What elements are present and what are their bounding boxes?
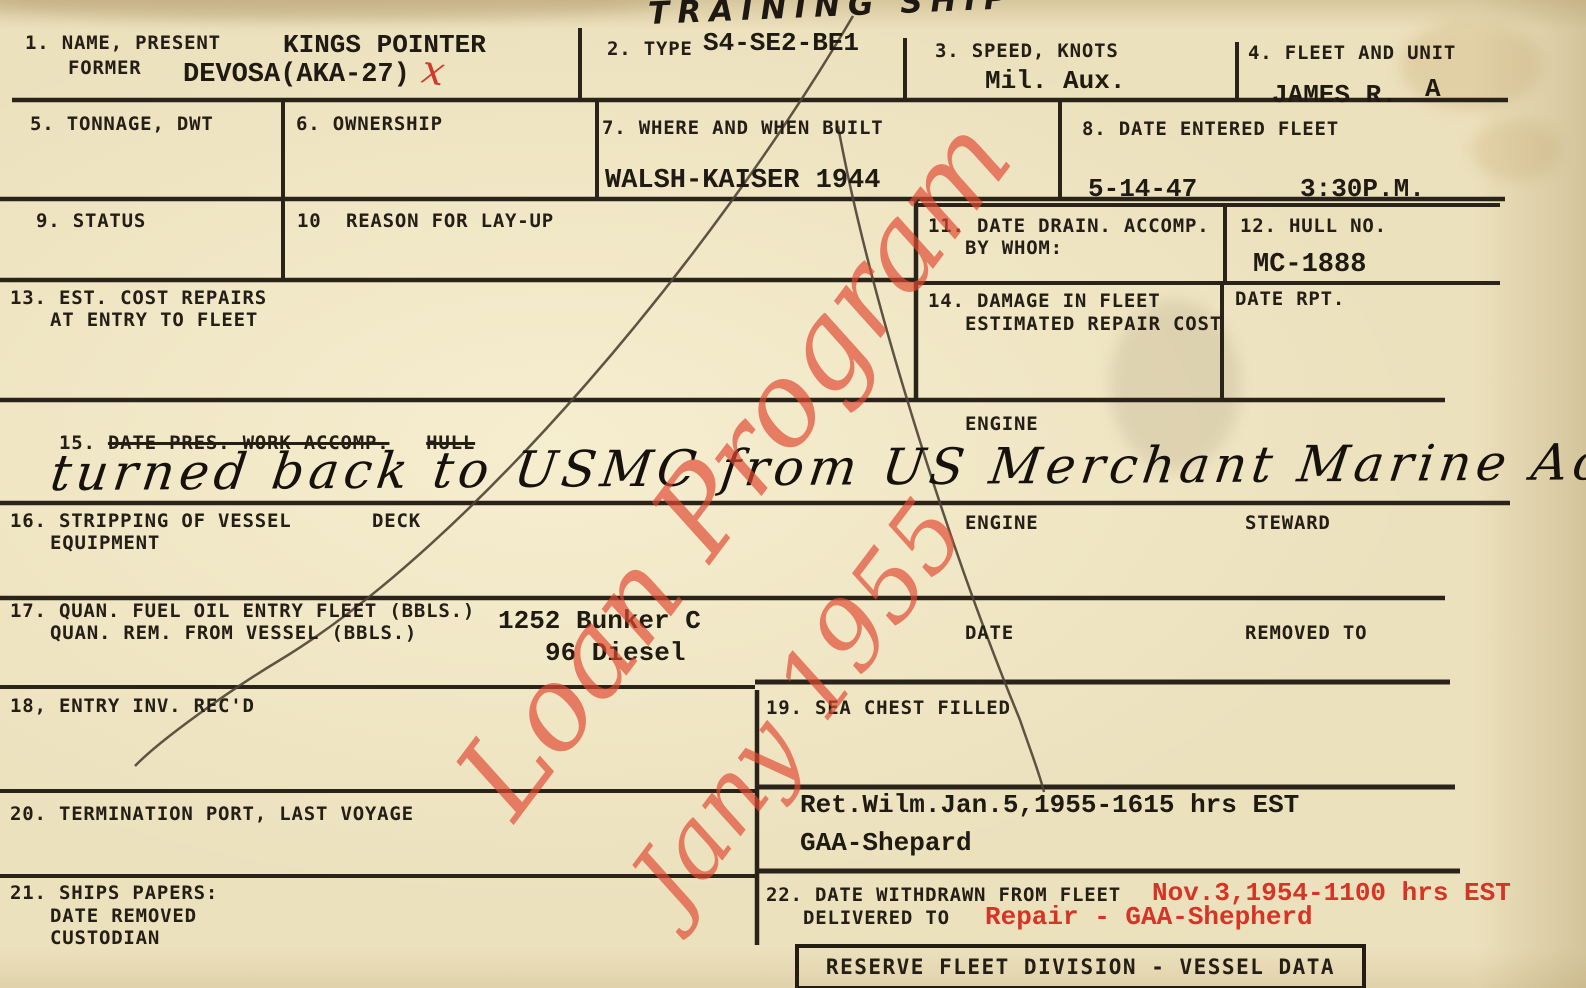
field-2-label: 2. TYPE <box>607 38 693 60</box>
field-21-label: 21. SHIPS PAPERS: <box>10 882 218 904</box>
field-4-value-2: A <box>1425 74 1441 104</box>
field-1-label-former: FORMER <box>68 57 141 79</box>
paper-stain <box>0 0 670 20</box>
field-14-date-rpt-label: DATE RPT. <box>1235 288 1345 310</box>
paper-stain <box>1400 20 1540 110</box>
field-5-label: 5. TONNAGE, DWT <box>30 113 214 135</box>
stamp-text: RESERVE FLEET DIVISION - VESSEL DATA <box>826 955 1335 979</box>
field-17-label: 17. QUAN. FUEL OIL ENTRY FLEET (BBLS.) <box>10 600 475 622</box>
paper-stain <box>1470 120 1560 180</box>
field-3-value: Mil. Aux. <box>985 66 1125 96</box>
vessel-data-card: TRAINING SHIP 1. NAME, PRESENT FORMER KI… <box>0 0 1586 988</box>
field-12-value: MC-1888 <box>1253 250 1366 280</box>
field-2-value: S4-SE2-BE1 <box>703 28 859 58</box>
field-17-removed-to-label: REMOVED TO <box>1245 622 1367 644</box>
field-13-label-2: AT ENTRY TO FLEET <box>50 309 258 331</box>
field-20-value-1: Ret.Wilm.Jan.5,1955-1615 hrs EST <box>800 790 1299 820</box>
field-15-engine-label: ENGINE <box>965 413 1038 435</box>
field-20-label: 20. TERMINATION PORT, LAST VOYAGE <box>10 803 414 825</box>
field-7-label: 7. WHERE AND WHEN BUILT <box>602 117 884 139</box>
field-21-label-2: DATE REMOVED <box>50 905 197 927</box>
field-4-value: JAMES R. <box>1272 80 1397 110</box>
field-22-value-delivered: Repair - GAA-Shepherd <box>985 902 1313 932</box>
field-18-label: 18, ENTRY INV. REC'D <box>10 695 255 717</box>
field-1-value-former: DEVOSA(AKA-27) <box>183 60 410 90</box>
field-16-steward-label: STEWARD <box>1245 512 1331 534</box>
field-12-label: 12. HULL NO. <box>1240 215 1387 237</box>
field-20-value-2: GAA-Shepard <box>800 828 972 858</box>
reserve-fleet-stamp: RESERVE FLEET DIVISION - VESSEL DATA <box>795 944 1366 988</box>
field-16-label: 16. STRIPPING OF VESSEL <box>10 510 292 532</box>
field-13-label: 13. EST. COST REPAIRS <box>10 287 267 309</box>
field-16-label-2: EQUIPMENT <box>50 532 160 554</box>
field-21-label-3: CUSTODIAN <box>50 927 160 949</box>
field-8-label: 8. DATE ENTERED FLEET <box>1082 118 1339 140</box>
field-14-label-2: ESTIMATED REPAIR COST <box>965 313 1222 335</box>
field-3-label: 3. SPEED, KNOTS <box>935 40 1119 62</box>
field-9-label: 9. STATUS <box>36 210 146 232</box>
field-17-date-label: DATE <box>965 622 1014 644</box>
field-16-engine-label: ENGINE <box>965 512 1038 534</box>
field-14-label: 14. DAMAGE IN FLEET <box>928 290 1161 312</box>
field-1-label: 1. NAME, PRESENT <box>25 32 221 54</box>
field-10-label: 10 REASON FOR LAY-UP <box>297 210 554 232</box>
field-17-label-2: QUAN. REM. FROM VESSEL (BBLS.) <box>50 622 417 644</box>
field-6-label: 6. OWNERSHIP <box>296 113 443 135</box>
field-8-value-date: 5-14-47 <box>1088 174 1197 204</box>
field-8-value-time: 3:30P.M. <box>1300 174 1425 204</box>
field-7-value: WALSH-KAISER 1944 <box>605 166 880 196</box>
field-22-delivered-label: DELIVERED TO <box>803 907 962 929</box>
field-16-deck-label: DECK <box>372 510 421 532</box>
field-4-label: 4. FLEET AND UNIT <box>1248 42 1456 64</box>
field-1-value-present: KINGS POINTER <box>283 30 486 60</box>
